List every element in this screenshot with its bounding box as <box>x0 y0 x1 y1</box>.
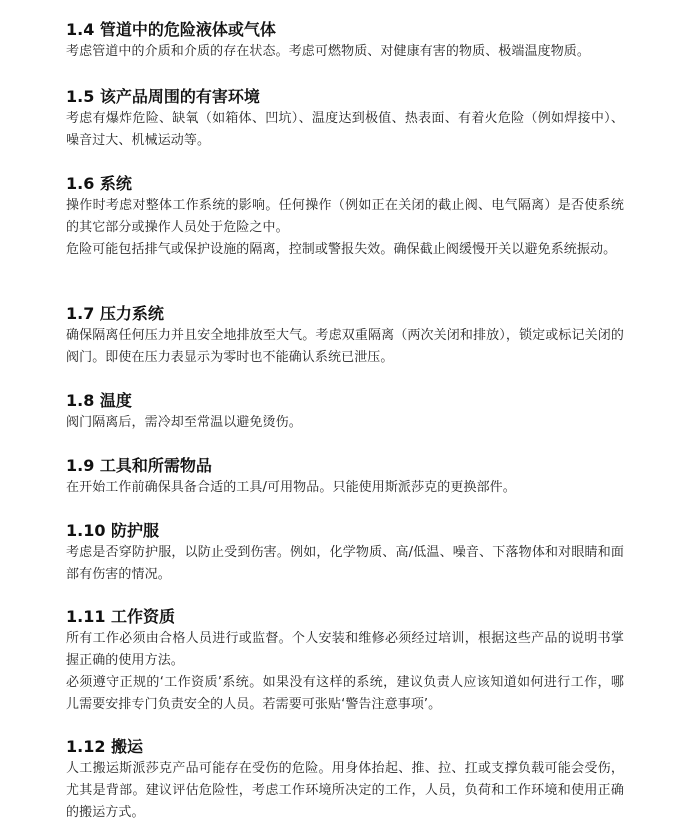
section-paragraph: 危险可能包括排气或保护设施的隔离，控制或警报失效。确保截止阀缓慢开关以避免系统振… <box>66 239 624 261</box>
section-paragraph: 考虑有爆炸危险、缺氧（如箱体、凹坑）、温度达到极值、热表面、有着火危险（例如焊接… <box>66 108 624 152</box>
section-heading: 1.4 管道中的危险液体或气体 <box>66 19 624 41</box>
section-paragraph: 必须遵守正规的‘工作资质’系统。如果没有这样的系统，建议负责人应该知道如何进行工… <box>66 672 624 716</box>
section-paragraph: 考虑是否穿防护服，以防止受到伤害。例如，化学物质、高/低温、噪音、下落物体和对眼… <box>66 542 624 586</box>
section-paragraph: 考虑管道中的介质和介质的存在状态。考虑可燃物质、对健康有害的物质、极端温度物质。 <box>66 41 624 63</box>
section-heading: 1.6 系统 <box>66 173 624 195</box>
section-heading: 1.11 工作资质 <box>66 606 624 628</box>
section-paragraph: 人工搬运斯派莎克产品可能存在受伤的危险。用身体抬起、推、拉、扛或支撑负载可能会受… <box>66 758 624 824</box>
section-paragraph: 所有工作必须由合格人员进行或监督。个人安装和维修必须经过培训，根据这些产品的说明… <box>66 628 624 672</box>
section-heading: 1.12 搬运 <box>66 736 624 758</box>
section-paragraph: 操作时考虑对整体工作系统的影响。任何操作（例如正在关闭的截止阀、电气隔离）是否使… <box>66 195 624 239</box>
section-pressure-systems: 1.7 压力系统 确保隔离任何压力并且安全地排放至大气。考虑双重隔离（两次关闭和… <box>66 303 624 369</box>
section-heading: 1.5 该产品周围的有害环境 <box>66 86 624 108</box>
section-hazardous-environment: 1.5 该产品周围的有害环境 考虑有爆炸危险、缺氧（如箱体、凹坑）、温度达到极值… <box>66 86 624 152</box>
section-paragraph: 确保隔离任何压力并且安全地排放至大气。考虑双重隔离（两次关闭和排放），锁定或标记… <box>66 325 624 369</box>
section-heading: 1.9 工具和所需物品 <box>66 455 624 477</box>
section-tools-consumables: 1.9 工具和所需物品 在开始工作前确保具备合适的工具/可用物品。只能使用斯派莎… <box>66 455 624 499</box>
section-permits-to-work: 1.11 工作资质 所有工作必须由合格人员进行或监督。个人安装和维修必须经过培训… <box>66 606 624 716</box>
section-protective-clothing: 1.10 防护服 考虑是否穿防护服，以防止受到伤害。例如，化学物质、高/低温、噪… <box>66 520 624 586</box>
section-heading: 1.7 压力系统 <box>66 303 624 325</box>
section-heading: 1.10 防护服 <box>66 520 624 542</box>
section-paragraph: 在开始工作前确保具备合适的工具/可用物品。只能使用斯派莎克的更换部件。 <box>66 477 624 499</box>
section-hazardous-fluids: 1.4 管道中的危险液体或气体 考虑管道中的介质和介质的存在状态。考虑可燃物质、… <box>66 19 624 63</box>
section-handling: 1.12 搬运 人工搬运斯派莎克产品可能存在受伤的危险。用身体抬起、推、拉、扛或… <box>66 736 624 824</box>
section-temperature: 1.8 温度 阀门隔离后，需冷却至常温以避免烫伤。 <box>66 390 624 434</box>
section-system: 1.6 系统 操作时考虑对整体工作系统的影响。任何操作（例如正在关闭的截止阀、电… <box>66 173 624 261</box>
section-heading: 1.8 温度 <box>66 390 624 412</box>
section-paragraph: 阀门隔离后，需冷却至常温以避免烫伤。 <box>66 412 624 434</box>
